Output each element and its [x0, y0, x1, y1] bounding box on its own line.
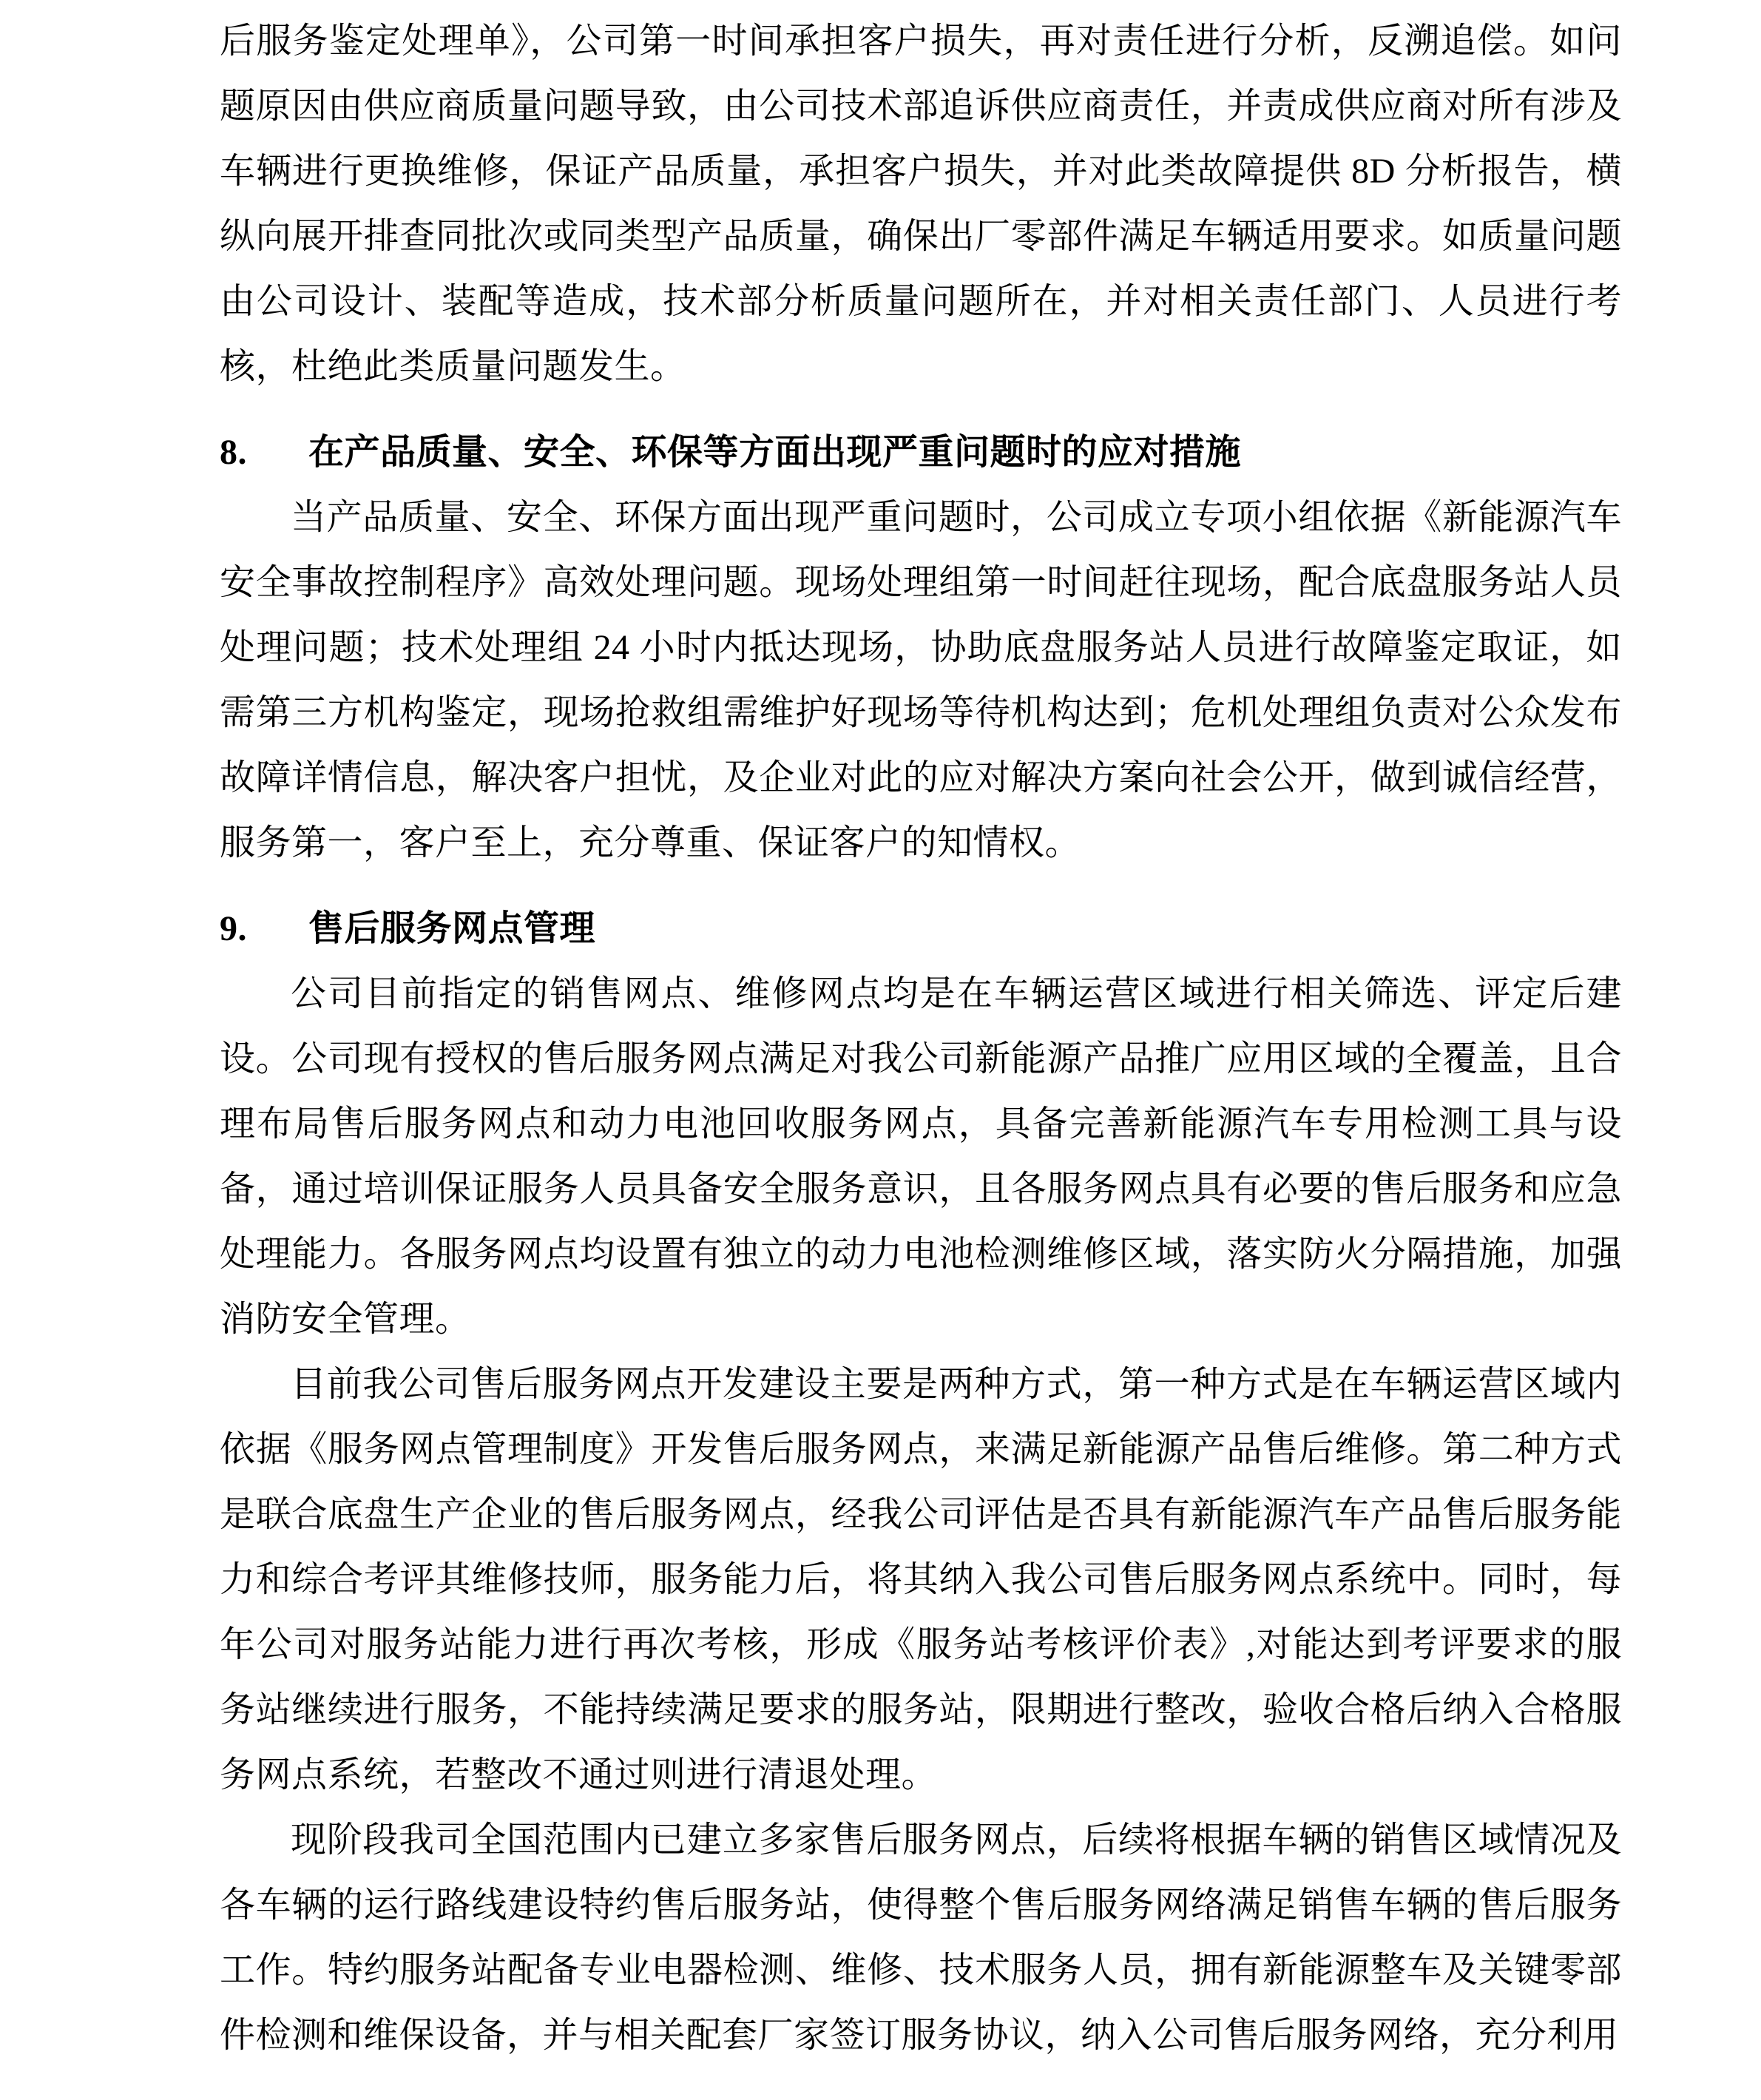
section-9-title: 售后服务网点管理: [308, 909, 595, 948]
section-8-title: 在产品质量、安全、环保等方面出现严重问题时的应对措施: [308, 433, 1241, 472]
paragraph-current-network-status: 现阶段我司全国范围内已建立多家售后服务网点，后续将根据车辆的销售区域情况及各车辆…: [220, 1808, 1622, 2068]
paragraph-warranty-claims-continuation: 后服务鉴定处理单》，公司第一时间承担客户损失，再对责任进行分析，反溯追偿。如问题…: [220, 9, 1622, 399]
document-page: 后服务鉴定处理单》，公司第一时间承担客户损失，再对责任进行分析，反溯追偿。如问题…: [0, 0, 1761, 2100]
section-9-number: 9.: [220, 897, 308, 962]
section-9-heading: 9.售后服务网点管理: [220, 897, 1622, 962]
paragraph-emergency-response: 当产品质量、安全、环保方面出现严重问题时，公司成立专项小组依据《新能源汽车安全事…: [220, 485, 1622, 876]
paragraph-service-network-coverage: 公司目前指定的销售网点、维修网点均是在车辆运营区域进行相关筛选、评定后建设。公司…: [220, 962, 1622, 1352]
section-8-heading: 8.在产品质量、安全、环保等方面出现严重问题时的应对措施: [220, 420, 1622, 485]
paragraph-network-development-methods: 目前我公司售后服务网点开发建设主要是两种方式，第一种方式是在车辆运营区域内依据《…: [220, 1352, 1622, 1808]
section-8-number: 8.: [220, 420, 308, 485]
document-content: 后服务鉴定处理单》，公司第一时间承担客户损失，再对责任进行分析，反溯追偿。如问题…: [220, 0, 1622, 2068]
